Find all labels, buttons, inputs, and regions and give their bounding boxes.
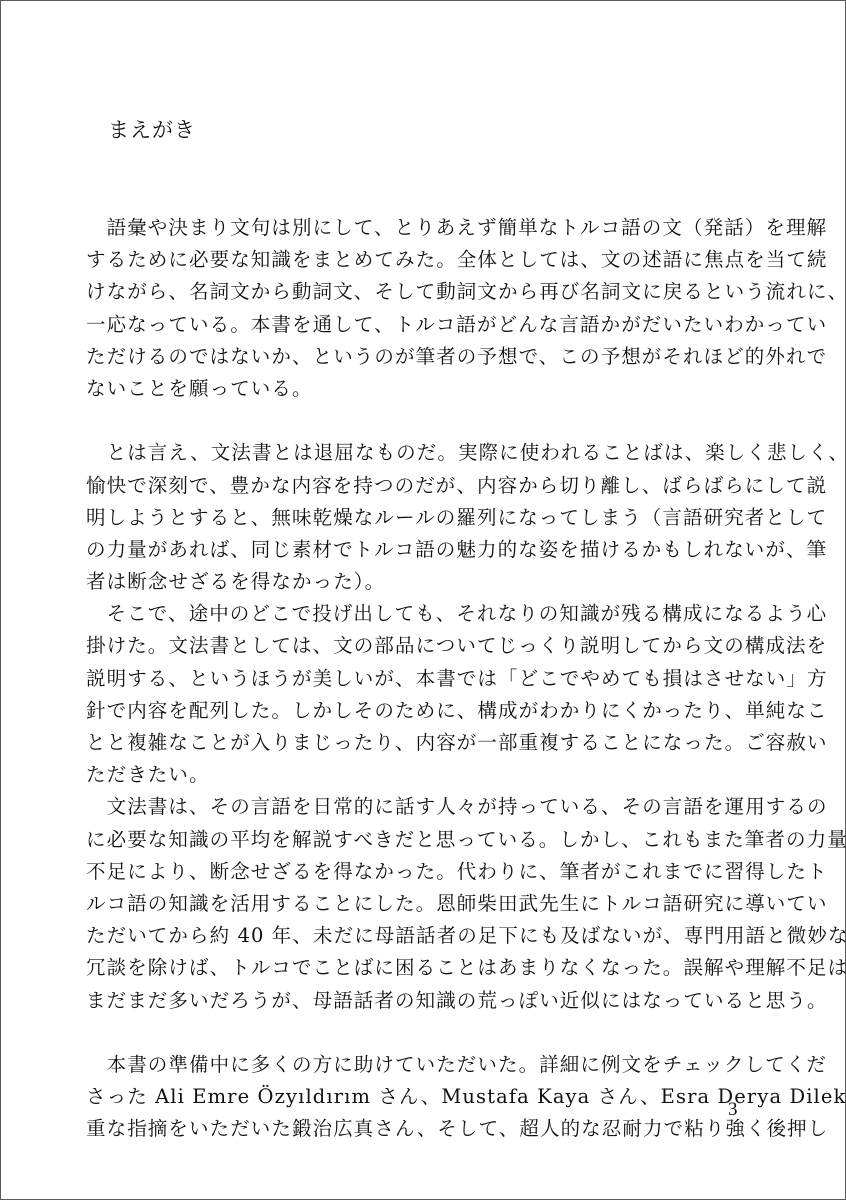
text-line: けながら、名詞文から動詞文、そして動詞文から再び名詞文に戻るという流れに、 [86, 276, 766, 308]
text-line: ルコ語の知識を活用することにした。恩師柴田武先生にトルコ語研究に導いてい [86, 888, 766, 920]
text-line: 説明する、というほうが美しいが、本書では「どこでやめても損はさせない」方 [86, 663, 766, 695]
paragraph-2: とは言え、文法書とは退屈なものだ。実際に使われることばは、楽しく悲しく、 愉快で… [86, 437, 766, 598]
text-line: の力量があれば、同じ素材でトルコ語の魅力的な姿を描けるかもしれないが、筆 [86, 534, 766, 566]
document-page: まえがき 語彙や決まり文句は別にして、とりあえず簡単なトルコ語の文（発話）を理解… [0, 0, 846, 1200]
text-line: 不足により、断念せざるを得なかった。代わりに、筆者がこれまでに習得したト [86, 856, 766, 888]
text-line: とと複雑なことが入りまじったり、内容が一部重複することになった。ご容赦い [86, 727, 766, 759]
text-line: 本書の準備中に多くの方に助けていただいた。詳細に例文をチェックしてくだ [86, 1049, 766, 1081]
paragraph-spacer [86, 405, 766, 437]
paragraph-4: 文法書は、その言語を日常的に話す人々が持っている、その言語を運用するの に必要な… [86, 791, 766, 1016]
paragraph-5: 本書の準備中に多くの方に助けていただいた。詳細に例文をチェックしてくだ さった … [86, 1049, 766, 1146]
text-line: 愉快で深刻で、豊かな内容を持つのだが、内容から切り離し、ばらばらにして説 [86, 470, 766, 502]
text-line: そこで、途中のどこで投げ出しても、それなりの知識が残る構成になるよう心 [86, 598, 766, 630]
preface-body: 語彙や決まり文句は別にして、とりあえず簡単なトルコ語の文（発話）を理解 するため… [86, 212, 766, 1145]
text-line: 文法書は、その言語を日常的に話す人々が持っている、その言語を運用するの [86, 791, 766, 823]
text-line: 語彙や決まり文句は別にして、とりあえず簡単なトルコ語の文（発話）を理解 [86, 212, 766, 244]
text-line: 重な指摘をいただいた鍛治広真さん、そして、超人的な忍耐力で粘り強く後押し [86, 1113, 766, 1145]
text-line: 針で内容を配列した。しかしそのために、構成がわかりにくかったり、単純なこ [86, 695, 766, 727]
text-line: とは言え、文法書とは退屈なものだ。実際に使われることばは、楽しく悲しく、 [86, 437, 766, 469]
text-line: 明しようとすると、無味乾燥なルールの羅列になってしまう（言語研究者として [86, 502, 766, 534]
text-line: ただいてから約 40 年、未だに母語話者の足下にも及ばないが、専門用語と微妙な [86, 920, 766, 952]
text-line: 一応なっている。本書を通して、トルコ語がどんな言語かがだいたいわかってい [86, 309, 766, 341]
paragraph-1: 語彙や決まり文句は別にして、とりあえず簡単なトルコ語の文（発話）を理解 するため… [86, 212, 766, 405]
text-line: まだまだ多いだろうが、母語話者の知識の荒っぽい近似にはなっていると思う。 [86, 985, 766, 1017]
text-line: さった Ali Emre Özyıldırım さん、Mustafa Kaya … [86, 1081, 766, 1113]
text-line: するために必要な知識をまとめてみた。全体としては、文の述語に焦点を当て続 [86, 244, 766, 276]
text-line: 掛けた。文法書としては、文の部品についてじっくり説明してから文の構成法を [86, 630, 766, 662]
page-title: まえがき [108, 114, 196, 144]
text-line: 者は断念せざるを得なかった）。 [86, 566, 766, 598]
text-line: ただけるのではないか、というのが筆者の予想で、この予想がそれほど的外れで [86, 341, 766, 373]
text-line: に必要な知識の平均を解説すべきだと思っている。しかし、これもまた筆者の力量 [86, 824, 766, 856]
text-line: 冗談を除けば、トルコでことばに困ることはあまりなくなった。誤解や理解不足は [86, 952, 766, 984]
paragraph-spacer [86, 1017, 766, 1049]
text-line: ただきたい。 [86, 759, 766, 791]
paragraph-3: そこで、途中のどこで投げ出しても、それなりの知識が残る構成になるよう心 掛けた。… [86, 598, 766, 791]
text-line: ないことを願っている。 [86, 373, 766, 405]
page-number: 3 [728, 1099, 738, 1121]
